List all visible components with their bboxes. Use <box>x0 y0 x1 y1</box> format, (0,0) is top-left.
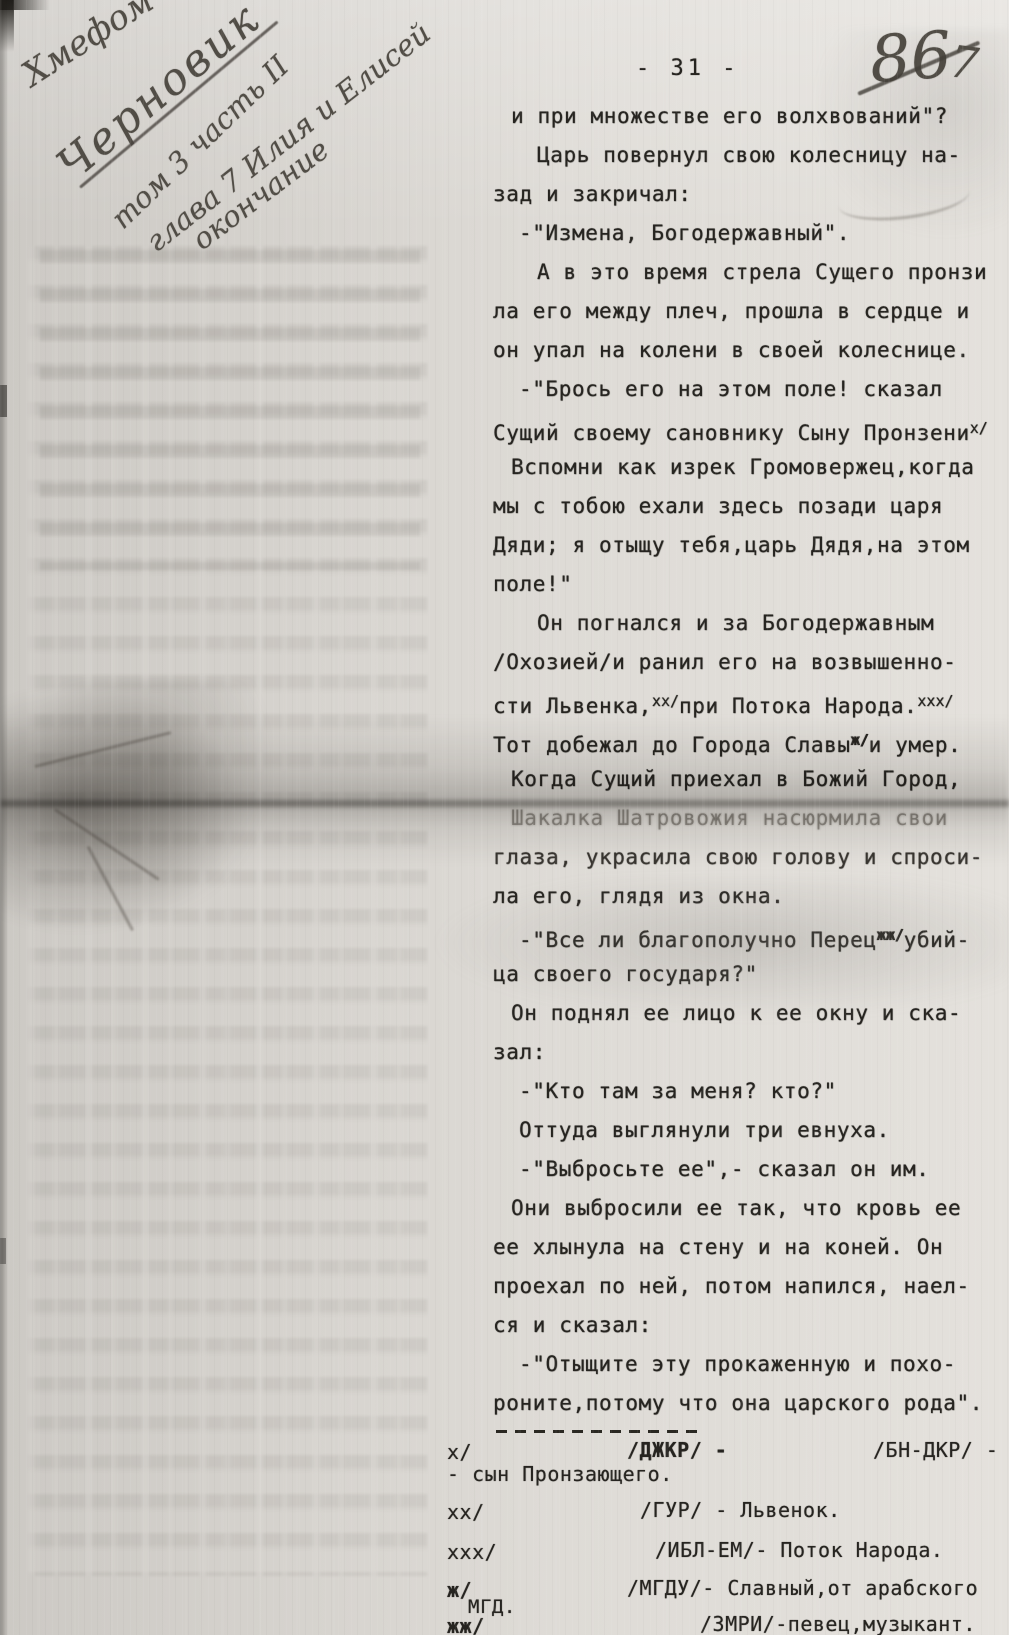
line-text: ся и сказал: <box>493 1313 652 1337</box>
line-text: -"Отыщите эту прокаженную и похо- <box>519 1352 956 1376</box>
line-text: Шакалка Шатровожия насюрмила свои <box>511 806 948 830</box>
line-text: зал: <box>493 1040 546 1064</box>
typed-line: Они выбросили ее так, что кровь ее <box>493 1189 1009 1228</box>
typed-line: зад и закричал: <box>493 175 1009 214</box>
line-text: Оттуда выглянули три евнуха. <box>519 1118 890 1142</box>
typed-line: -"Измена, Богодержавный". <box>493 214 1009 253</box>
page-number: - 31 - <box>636 56 739 81</box>
line-text: -"Брось его на этом поле! сказал <box>519 377 943 401</box>
typed-line: сти Львенка,хх/при Потока Народа.ххх/ <box>493 682 1009 721</box>
line-text: он упал на колени в своей колеснице. <box>493 338 970 362</box>
footnote-marker: хх/ <box>447 1500 485 1524</box>
footnote-marker: ххх/ <box>447 1540 497 1564</box>
typed-line: зал: <box>493 1033 1009 1072</box>
bleed-through-text-upper <box>40 250 420 570</box>
line-text: ла его между плеч, прошла в сердце и <box>493 299 970 323</box>
line-text: Царь повернул свою колесницу на- <box>537 143 961 167</box>
line-text: А в это время стрела Сущего пронзи <box>537 260 987 284</box>
line-text: мы с тобою ехали здесь позади царя <box>493 494 943 518</box>
line-text: -"Измена, Богодержавный". <box>519 221 850 245</box>
corner-dark-mark-top <box>0 0 50 10</box>
typed-line: Царь повернул свою колесницу на- <box>493 136 1009 175</box>
line-text: и при множестве его волхвований"? <box>511 104 948 128</box>
footnote-text: /ЗМРИ/-певец,музыкант. <box>700 1612 976 1635</box>
line-text: Когда Сущий приехал в Божий Город, <box>511 767 961 791</box>
line-text: Дяди; я отыщу тебя,царь Дядя,на этом <box>493 533 970 557</box>
typed-line: ее хлынула на стену и на коней. Он <box>493 1228 1009 1267</box>
line-text: при Потока Народа. <box>679 694 917 718</box>
typed-line: А в это время стрела Сущего пронзи <box>493 253 1009 292</box>
footnote-text: /ГУР/ - Львенок. <box>640 1498 841 1522</box>
typed-line: /Охозией/и ранил его на возвышенно- <box>493 643 1009 682</box>
typed-line: ся и сказал: <box>493 1306 1009 1345</box>
footnote-term: /БН-ДКР/ - <box>873 1438 998 1462</box>
edge-dark-dash-lower <box>0 1238 6 1264</box>
line-text: проехал по ней, потом напился, наел- <box>493 1274 970 1298</box>
typed-line: Оттуда выглянули три евнуха. <box>493 1111 1009 1150</box>
line-text: глаза, украсила свою голову и спроси- <box>493 845 983 869</box>
line-text: Тот добежал до Города Славы <box>493 733 851 757</box>
line-text: /Охозией/и ранил его на возвышенно- <box>493 650 957 674</box>
typed-line: Тот добежал до Города Славыж/и умер. <box>493 721 1009 760</box>
typed-line: -"Кто там за меня? кто?" <box>493 1072 1009 1111</box>
typed-text-column: и при множестве его волхвований"? Царь п… <box>493 97 1009 1423</box>
typed-line: мы с тобою ехали здесь позади царя <box>493 487 1009 526</box>
typed-line: глаза, украсила свою голову и спроси- <box>493 838 1009 877</box>
document-scan: Хмефом Черновик том 3 часть II глава 7 И… <box>0 0 1009 1635</box>
line-text: Они выбросили ее так, что кровь ее <box>511 1196 961 1220</box>
edge-dark-dash <box>0 385 7 417</box>
line-text: Сущий своему сановнику Сыну Пронзени <box>493 421 970 445</box>
typed-line: поле!" <box>493 565 1009 604</box>
line-text: сти Львенка, <box>493 694 652 718</box>
footnote-marker: жж/ <box>447 1614 485 1635</box>
footnote-ref: ж/ <box>851 731 869 749</box>
typed-line: Дяди; я отыщу тебя,царь Дядя,на этом <box>493 526 1009 565</box>
gray-wash <box>430 880 1009 1020</box>
footnote-separator <box>496 1430 702 1433</box>
line-text: зад и закричал: <box>493 182 692 206</box>
footnote-ref: х/ <box>970 419 988 437</box>
line-text: -"Выбросьте ее",- сказал он им. <box>519 1157 930 1181</box>
scan-edge-shadow <box>0 0 8 1635</box>
line-text: -"Кто там за меня? кто?" <box>519 1079 837 1103</box>
footnote-ref: ххх/ <box>917 692 953 710</box>
footnote-text: /ИБЛ-ЕМ/- Поток Народа. <box>655 1538 943 1562</box>
line-text: Вспомни как изрек Громовержец,когда <box>511 455 975 479</box>
typed-line: -"Отыщите эту прокаженную и похо- <box>493 1345 1009 1384</box>
typed-line: ла его между плеч, прошла в сердце и <box>493 292 1009 331</box>
line-text: роните,потому что она царского рода". <box>493 1391 983 1415</box>
footnote-ref: хх/ <box>652 692 679 710</box>
typed-line: Когда Сущий приехал в Божий Город, <box>493 760 1009 799</box>
footnote-text: - сын Пронзающего. <box>447 1462 673 1486</box>
footnote-term: /ДЖКР/ - <box>627 1438 727 1462</box>
fold-crease-line <box>0 800 1009 807</box>
typed-line: и при множестве его волхвований"? <box>493 97 1009 136</box>
line-text: ее хлынула на стену и на коней. Он <box>493 1235 943 1259</box>
typed-line: Он погнался и за Богодержавным <box>493 604 1009 643</box>
typed-line: роните,потому что она царского рода". <box>493 1384 1009 1423</box>
typed-line: Сущий своему сановнику Сыну Пронзених/ <box>493 409 1009 448</box>
typed-line: он упал на колени в своей колеснице. <box>493 331 1009 370</box>
footnote-text: /МГДУ/- Славный,от арабского <box>627 1576 978 1600</box>
typed-line: -"Выбросьте ее",- сказал он им. <box>493 1150 1009 1189</box>
footnote-marker: х/ <box>447 1440 472 1464</box>
line-text: и умер. <box>869 733 962 757</box>
typed-line: Вспомни как изрек Громовержец,когда <box>493 448 1009 487</box>
line-text: Он погнался и за Богодержавным <box>537 611 934 635</box>
typed-line: проехал по ней, потом напился, наел- <box>493 1267 1009 1306</box>
line-text: поле!" <box>493 572 572 596</box>
typed-line: -"Брось его на этом поле! сказал <box>493 370 1009 409</box>
